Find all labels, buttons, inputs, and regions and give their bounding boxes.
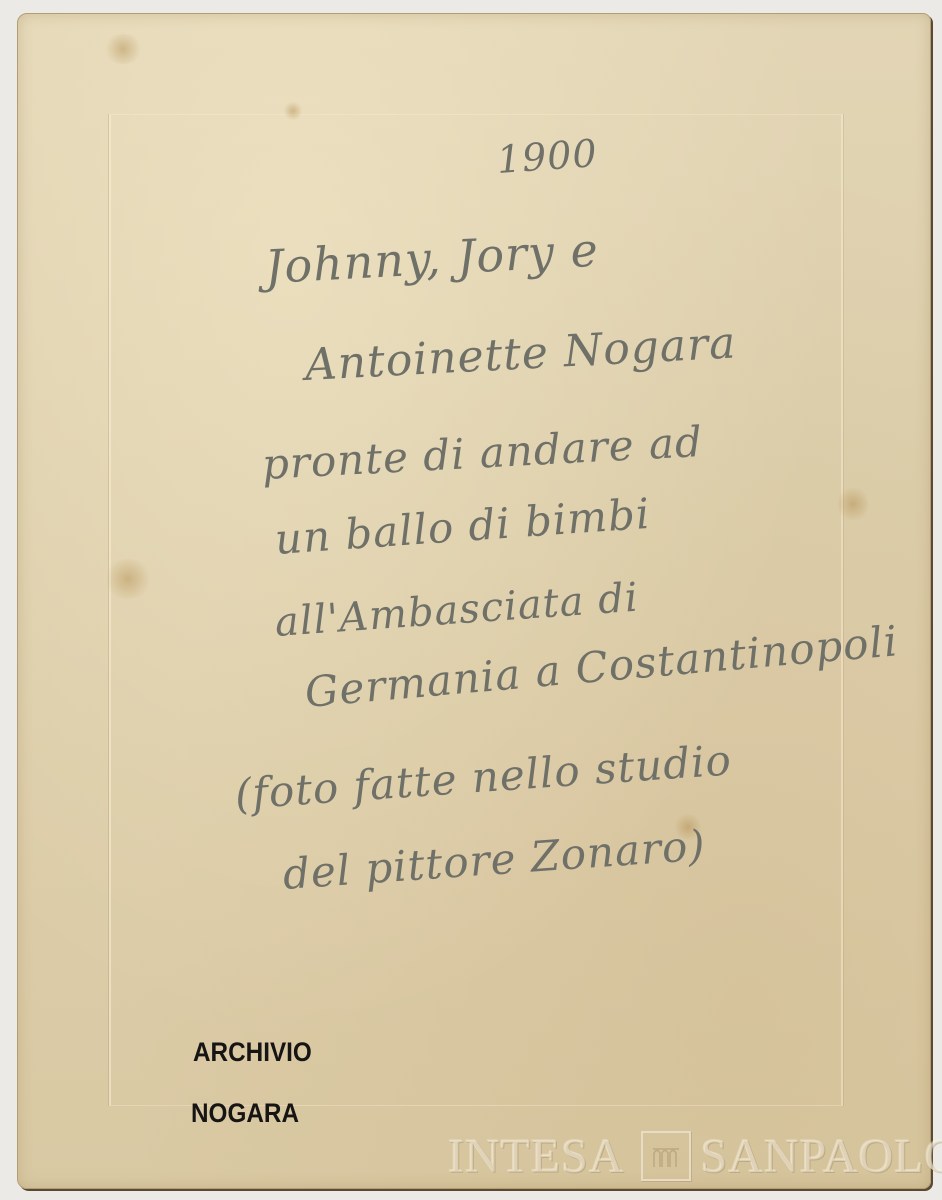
stain	[283, 102, 303, 120]
stain	[103, 34, 143, 64]
watermark-right-text: SANPAOLO	[701, 1129, 942, 1184]
archive-stamp-line2: NOGARA	[191, 1098, 299, 1129]
page: 1900 Johnny, Jory e Antoinette Nogara pr…	[0, 0, 942, 1200]
stain	[103, 559, 153, 599]
watermark: INTESA SANPAOLO	[448, 1126, 942, 1186]
intesa-sanpaolo-logo-icon	[641, 1131, 691, 1181]
archive-stamp-line1: ARCHIVIO	[193, 1037, 312, 1068]
stain	[838, 484, 868, 524]
inscription-year: 1900	[495, 131, 599, 182]
watermark-left-text: INTESA	[448, 1129, 625, 1184]
